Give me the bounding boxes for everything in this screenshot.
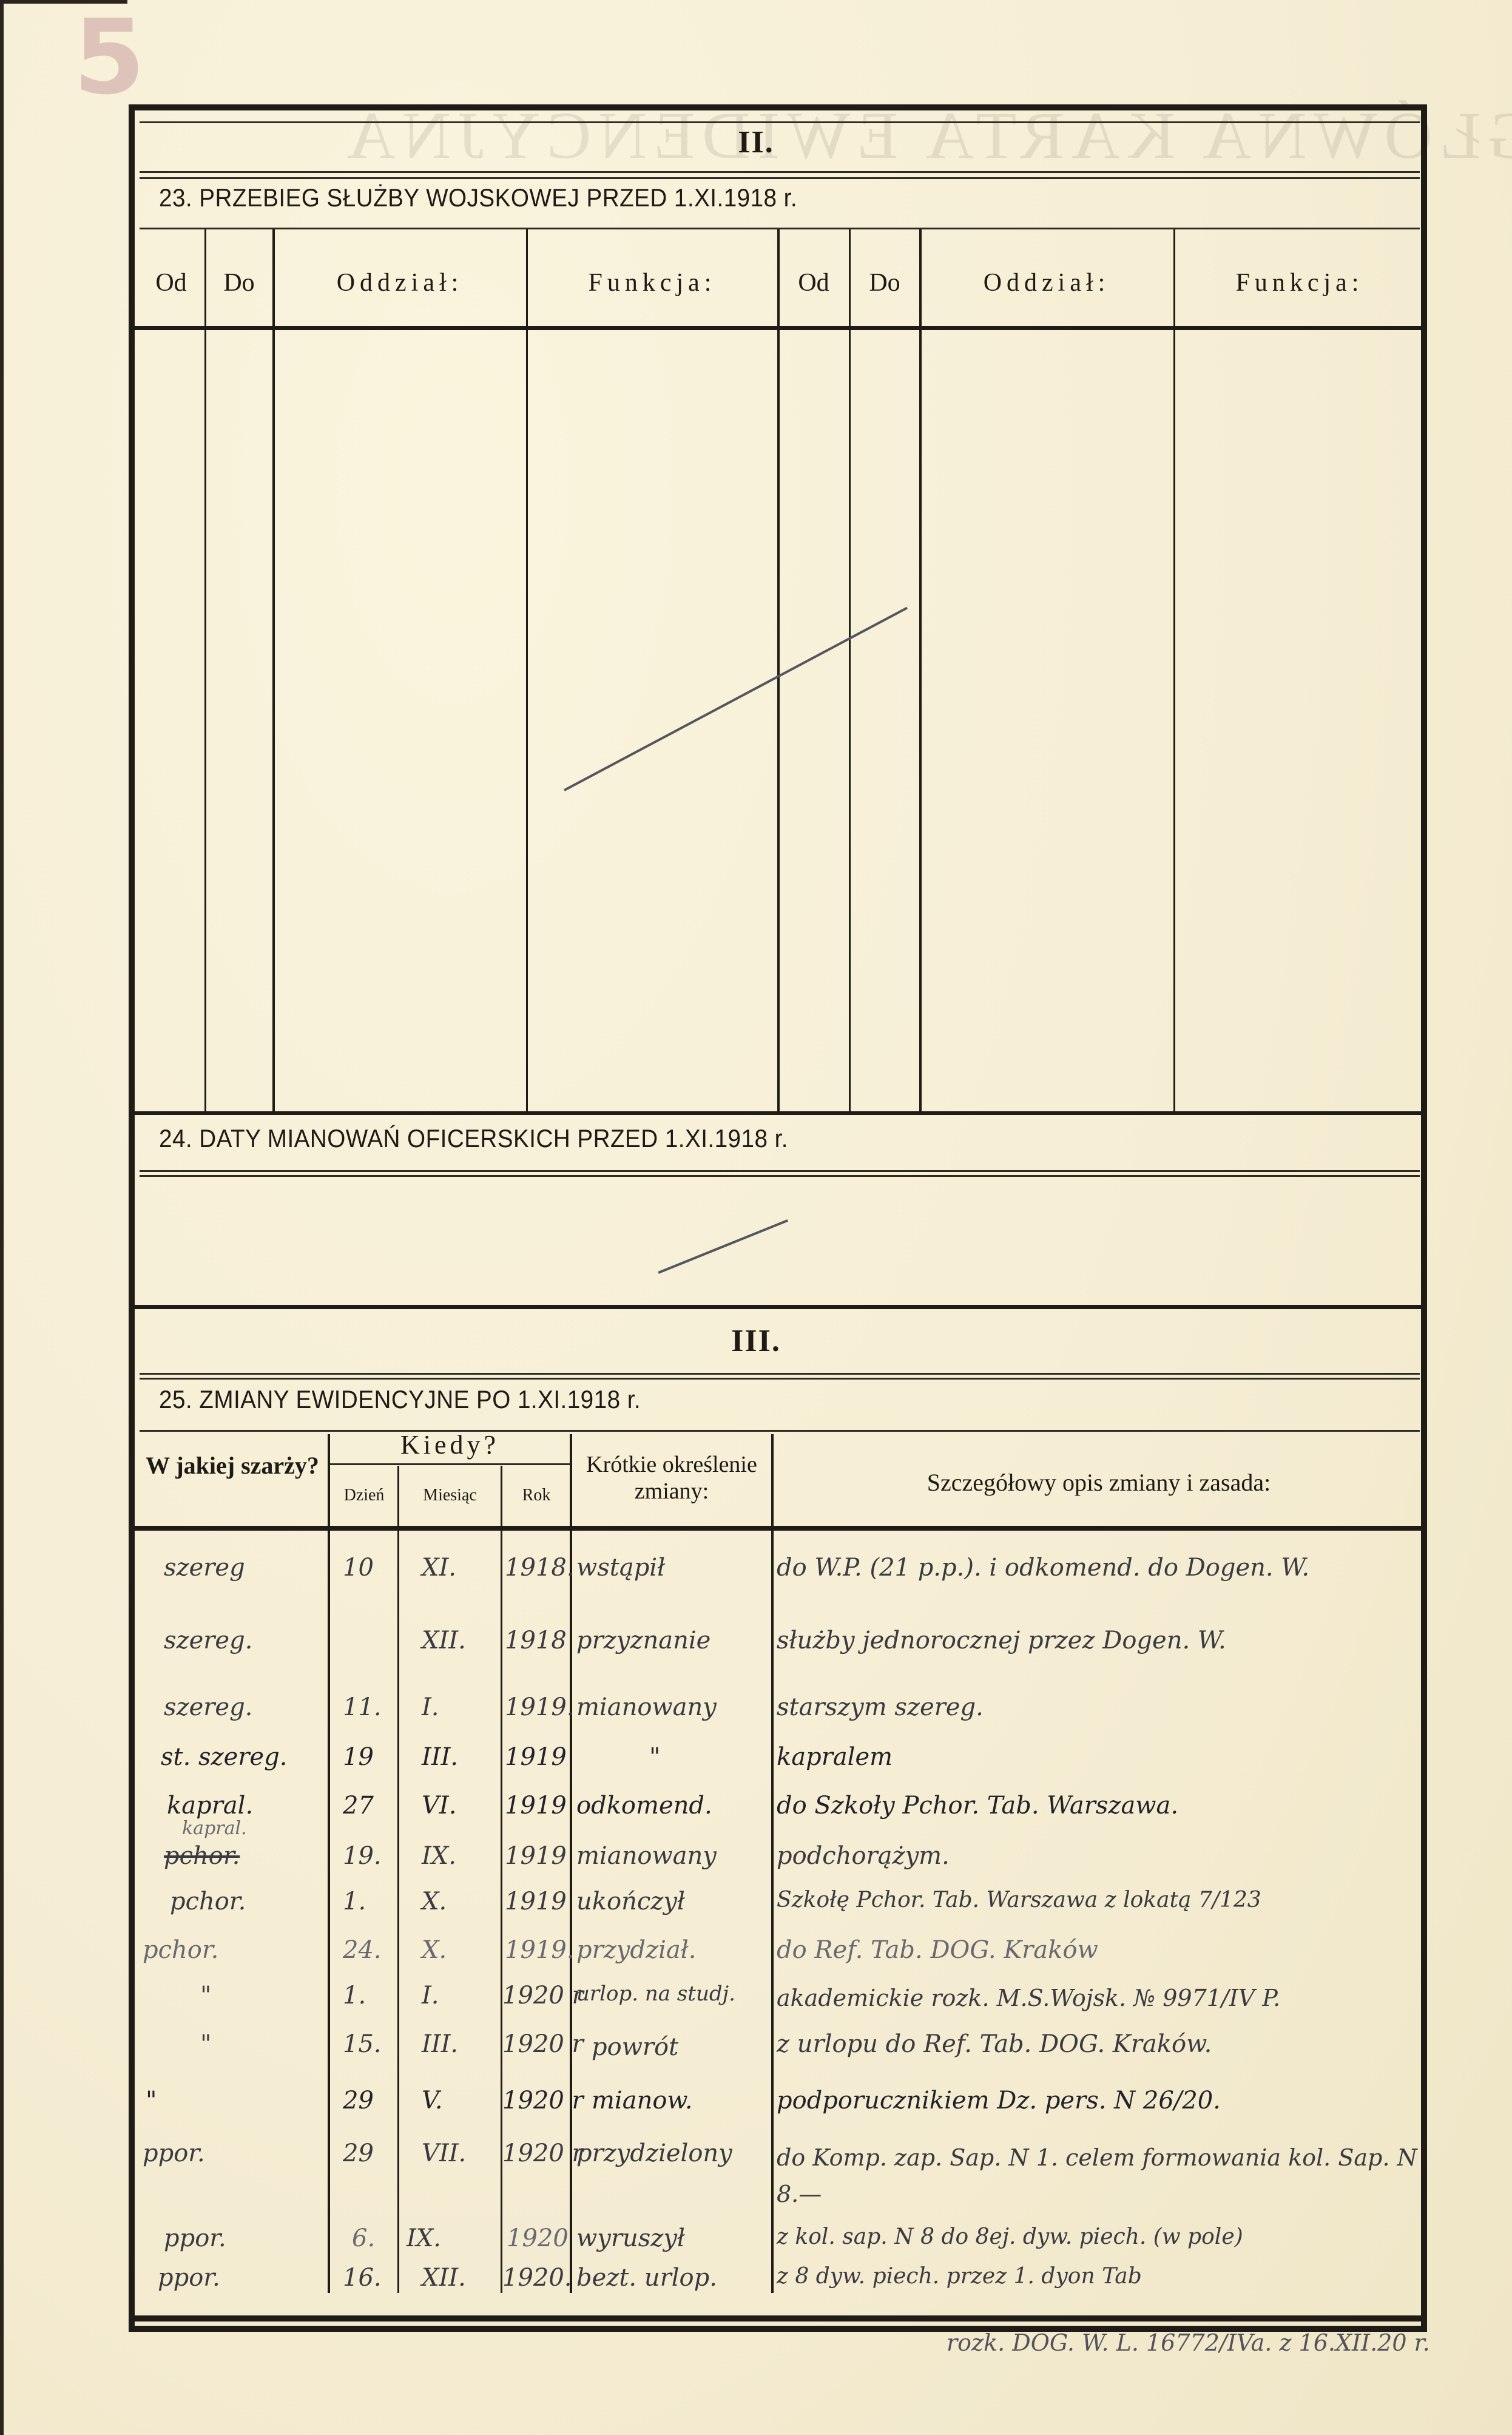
cell-month: XI. [422,1554,456,1582]
cell-month: X. [422,1888,447,1915]
cell-rank: szereg. [164,1627,252,1654]
cell-detail: kapralem [777,1743,893,1771]
rule [135,1305,1426,1309]
cell-short: wyruszył [576,2224,685,2252]
col-divider [397,1466,399,2293]
part-three-heading: III. [0,1323,1512,1359]
cell-month: XII. [422,1627,466,1654]
scan-edge [0,0,4,2435]
cell-day: 1. [343,1982,366,2010]
cell-rank: ppor. [158,2264,220,2292]
cell-detail: do Szkoły Pchor. Tab. Warszawa. [777,1792,1178,1820]
cell-year: 1920 r [502,2139,584,2167]
col-divider [272,229,275,1111]
rule [140,1378,1420,1380]
header-rank: W jakiej szarży? [138,1452,326,1480]
cell-detail: podchorążym. [777,1842,950,1870]
cell-rank: " [200,2030,211,2058]
header-day: Dzień [331,1486,397,1505]
cell-rank: kapral. [167,1792,253,1820]
col-divider [526,229,528,1111]
cell-short: ukończył [576,1888,685,1915]
cell-year: 1920 r [502,2087,584,2115]
cell-rank: ppor. [164,2224,226,2252]
rule [135,1111,1426,1115]
cell-year: 1920 [507,2224,569,2252]
cell-short: mianowany [576,1693,717,1721]
cell-short: " [649,1743,660,1771]
header-do: Do [206,268,272,297]
cell-short: bezt. urlop. [576,2264,717,2292]
header-od: Od [138,268,204,297]
cell-month: I. [422,1982,439,2010]
rule [140,171,1420,173]
header-funkcja: Funkcja: [528,268,777,297]
rule [140,1373,1420,1375]
rule [140,1170,1420,1172]
cell-year: 1919 [505,1743,567,1771]
header-do-2: Do [851,268,919,297]
cell-rank: szereg. [164,1693,252,1721]
header-short: Krótkie określenie zmiany: [573,1452,771,1505]
footnote-order-reference: rozk. DOG. W. L. 16772/IVa. z 16.XII.20 … [947,2329,1430,2356]
cell-month: XII. [422,2264,466,2292]
header-year: Rok [503,1486,570,1505]
cell-detail: z kol. sap. N 8 do 8ej. dyw. piech. (w p… [777,2224,1243,2249]
cell-rank: pchor. [143,1936,218,1964]
header-od-2: Od [779,268,848,297]
cell-year: 1919. [505,1936,575,1964]
part-two-heading: II. [0,124,1512,160]
cell-short: urlop. na studj. [576,1982,735,2006]
cell-detail: do W.P. (21 p.p.). i odkomend. do Dogen.… [777,1554,1309,1582]
cell-rank: pchor. [170,1888,246,1915]
cell-day: 19. [343,1842,382,1870]
cell-detail: z 8 dyw. piech. przez 1. dyon Tab [777,2264,1142,2289]
rule [140,121,1420,123]
cell-month: V. [422,2087,443,2115]
cell-rank-correction: kapral. [182,1818,247,1839]
cell-year: 1918. [505,1554,575,1582]
cell-month: VII. [422,2139,466,2167]
col-divider [919,229,922,1111]
header-detail: Szczegółowy opis zmiany i zasada: [774,1469,1423,1497]
col-divider [501,1466,502,2293]
cell-detail: starszym szereg. [777,1693,984,1721]
cell-year: 1919. [505,1693,575,1721]
cell-year: 1920 r [502,1982,584,2010]
rule [140,177,1420,179]
cell-day: 16. [343,2264,382,2292]
col-divider [777,229,780,1111]
cell-year: 1918 [505,1627,567,1654]
cell-rank: " [146,2087,157,2115]
cell-rank: " [200,1982,211,2010]
cell-day: 1. [343,1888,366,1915]
cell-year: 1920. [502,2264,572,2292]
cell-detail: podporucznikiem Dz. pers. N 26/20. [777,2087,1221,2115]
page-number-stamp: 5 [64,12,155,103]
rule [135,1526,1426,1531]
cell-year: 1919 [505,1842,567,1870]
cell-year: 1919 [505,1888,567,1915]
header-oddzial: Oddział: [274,268,525,297]
cell-month: X. [422,1936,447,1964]
section-25-title: 25. ZMIANY EWIDENCYJNE PO 1.XI.1918 r. [159,1385,641,1414]
cell-rank: ppor. [143,2139,205,2167]
cell-detail: Szkołę Pchor. Tab. Warszawa z lokatą 7/1… [777,1888,1261,1912]
rule [330,1463,570,1465]
col-divider [1173,229,1175,1111]
rule [135,2315,1426,2322]
section-24-title: 24. DATY MIANOWAŃ OFICERSKICH PRZED 1.XI… [159,1124,788,1153]
cell-month: VI. [422,1792,456,1820]
col-divider [771,1434,774,2293]
cell-day: 10 [343,1554,374,1582]
col-divider [849,229,851,1111]
cell-short: odkomend. [576,1792,712,1820]
cell-detail: służby jednorocznej przez Dogen. W. [777,1627,1226,1654]
cell-day: 29 [343,2139,374,2167]
col-divider [328,1434,330,2293]
cell-month: IX. [407,2224,441,2252]
header-when: Kiedy? [330,1430,570,1461]
cell-short: przydzielony [576,2139,732,2167]
rule [135,326,1426,330]
cell-year: 1920 r [502,2030,584,2058]
col-divider [204,229,206,1111]
cell-short: powrót [592,2033,678,2061]
cell-year: 1919 [505,1792,567,1820]
cell-short: przyznanie [576,1627,710,1654]
cell-detail: akademickie rozk. M.S.Wojsk. № 9971/IV P… [777,1985,1280,2011]
cell-detail: do Komp. zap. Sap. N 1. celem formowania… [777,2139,1420,2212]
cell-detail: z urlopu do Ref. Tab. DOG. Kraków. [777,2030,1212,2058]
cell-short: mianow. [592,2087,693,2115]
cell-day: 15. [343,2030,382,2058]
cell-day: 11. [343,1693,382,1721]
cell-day: 19 [343,1743,374,1771]
cell-short: wstąpił [576,1554,665,1582]
cell-short: przydział. [576,1936,696,1964]
cell-day: 27 [343,1792,374,1820]
cell-rank: pchor. [164,1842,240,1870]
header-funkcja-2: Funkcja: [1175,268,1424,297]
cell-day: 24. [343,1936,382,1964]
rule [140,228,1420,229]
header-oddzial-2: Oddział: [921,268,1172,297]
cell-rank: szereg [164,1554,245,1582]
header-month: Miesiąc [400,1486,500,1505]
section-23-title: 23. PRZEBIEG SŁUŻBY WOJSKOWEJ PRZED 1.XI… [159,183,797,212]
cell-month: III. [422,2030,458,2058]
rule [140,1175,1420,1177]
cell-rank: st. szereg. [161,1743,287,1771]
cell-short: mianowany [576,1842,717,1870]
cell-month: IX. [422,1842,456,1870]
cell-detail: do Ref. Tab. DOG. Kraków [777,1936,1098,1964]
cell-month: I. [422,1693,439,1721]
cell-day: 6. [352,2224,375,2252]
cell-day: 29 [343,2087,374,2115]
cell-month: III. [422,1743,458,1771]
